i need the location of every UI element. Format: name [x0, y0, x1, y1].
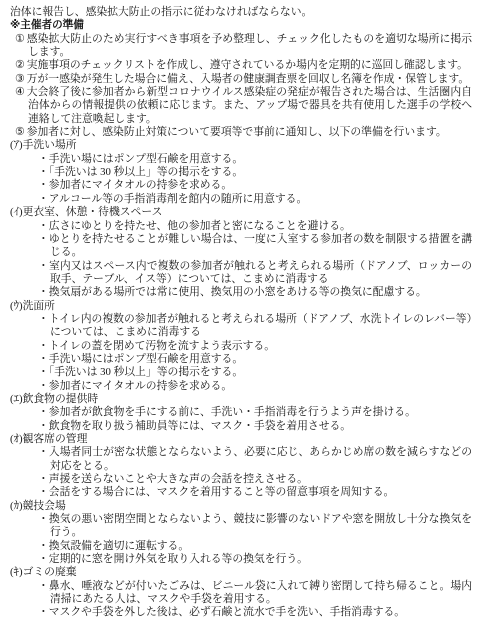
bullet-item: ・定期的に窓を開け外気を取り入れる等の換気を行う。: [10, 553, 472, 566]
bullet-item: ・トイレの蓋を閉めて汚物を流すよう表示する。: [10, 340, 472, 353]
bullet-item: ・飲食物を取り扱う補助員等には、マスク・手袋を着用させる。: [10, 420, 472, 433]
section-title-food-service: (ｴ)飲食物の提供時: [10, 393, 472, 406]
item-number: ④: [15, 86, 25, 98]
bullet-item: ・室内又はスペース内で複数の参加者が触れると考えられる場所（ドアノブ、ロッカーの…: [10, 260, 472, 287]
bullet-item: ・広さにゆとりを持たせ、他の参加者と密になることを避ける。: [10, 220, 472, 233]
bullet-item: ・声援を送らないことや大きな声の会話を控えさせる。: [10, 473, 472, 486]
item-number: ⑤: [15, 126, 25, 138]
bullet-glyph: ・: [38, 540, 49, 552]
bullet-glyph: ・: [38, 340, 49, 352]
bullet-text: 換気扇がある場所では常に使用、換気用の小窓をあける等の換気に配慮する。: [49, 286, 427, 298]
bullet-item: ・参加者にマイタオルの持参を求める。: [10, 179, 472, 192]
bullet-glyph: ・: [38, 513, 49, 525]
bullet-item: ・参加者が飲食物を手にする前に、手洗い・手指消毒を行うよう声を掛ける。: [10, 406, 472, 419]
bullet-text: マスクや手袋を外した後は、必ず石鹸と流水で手を洗い、手指消毒する。: [49, 606, 405, 618]
item-number: ②: [15, 59, 25, 71]
bullet-glyph: ・: [38, 446, 49, 458]
document-page: 治体に報告し、感染拡大防止の指示に従わなければならない。 ※主催者の準備 ①感染…: [0, 0, 480, 627]
section-title-garbage-disposal: (ｷ)ゴミの廃棄: [10, 566, 472, 579]
bullet-text: 手洗い場にはポンプ型石鹸を用意する。: [49, 153, 243, 165]
numbered-item-2: ②実施事項のチェックリストを作成し、遵守されているか場内を定期的に巡回し確認しま…: [10, 59, 472, 72]
bullet-glyph: ・: [38, 380, 49, 392]
section-title-competition-venue: (ｶ)競技会場: [10, 500, 472, 513]
bullet-item: ・入場者同士が密な状態とならないよう、必要に応じ、あらかじめ席の数を減らすなどの…: [10, 446, 472, 473]
bullet-item: ・鼻水、唾液などが付いたごみは、ビニール袋に入れて縛り密閉して持ち帰ること。場内…: [10, 580, 472, 607]
bullet-text: 室内又はスペース内で複数の参加者が触れると考えられる場所（ドアノブ、ロッカーの取…: [49, 260, 472, 285]
bullet-glyph: ・: [38, 233, 49, 245]
bullet-glyph: ・: [38, 166, 49, 178]
intro-line: 治体に報告し、感染拡大防止の指示に従わなければならない。: [10, 6, 472, 19]
bullet-item: ・手洗い場にはポンプ型石鹸を用意する。: [10, 153, 472, 166]
bullet-text: 参加者が飲食物を手にする前に、手洗い・手指消毒を行うよう声を掛ける。: [49, 406, 416, 418]
bullet-glyph: ・: [38, 193, 49, 205]
item-text: 大会終了後に参加者から新型コロナウイルス感染症の発症が報告された場合は、生活圏内…: [27, 86, 472, 125]
bullet-text: 声援を送らないことや大きな声の会話を控えさせる。: [49, 473, 308, 485]
bullet-glyph: ・: [38, 406, 49, 418]
section-label: (ｲ): [10, 206, 23, 218]
numbered-item-4: ④大会終了後に参加者から新型コロナウイルス感染症の発症が報告された場合は、生活圏…: [10, 86, 472, 126]
section-title-text: 競技会場: [23, 500, 66, 512]
item-number: ①: [15, 33, 25, 45]
bullet-item: ・アルコール等の手指消毒剤を館内の随所に用意する。: [10, 193, 472, 206]
bullet-glyph: ・: [38, 553, 49, 565]
bullet-text: ゆとりを持たせることが難しい場合は、一度に入室する参加者の数を制限する措置を講じ…: [49, 233, 472, 258]
numbered-item-5: ⑤参加者に対し、感染防止対策について要項等で事前に通知し、以下の準備を行います。: [10, 126, 472, 139]
bullet-text: 定期的に窓を開け外気を取り入れる等の換気を行う。: [49, 553, 308, 565]
item-text: 実施事項のチェックリストを作成し、遵守されているか場内を定期的に巡回し確認します…: [27, 59, 468, 71]
section-title-text: 飲食物の提供時: [23, 393, 99, 405]
bullet-item: ・参加者にマイタオルの持参を求める。: [10, 380, 472, 393]
section-title-washroom: (ｳ)洗面所: [10, 300, 472, 313]
bullet-text: 「手洗いは 30 秒以上」等の掲示をする。: [49, 166, 243, 178]
bullet-glyph: ・: [38, 153, 49, 165]
section-label: (ｱ): [10, 139, 23, 151]
bullet-text: 飲食物を取り扱う補助員等には、マスク・手袋を着用させる。: [49, 420, 351, 432]
section-title-spectator-seats: (ｵ)観客席の管理: [10, 433, 472, 446]
section-title-changing-room: (ｲ)更衣室、休憩・待機スペース: [10, 206, 472, 219]
bullet-text: 手洗い場にはポンプ型石鹸を用意する。: [49, 353, 243, 365]
section-title-text: 更衣室、休憩・待機スペース: [23, 206, 163, 218]
section-title-text: 手洗い場所: [23, 139, 77, 151]
bullet-glyph: ・: [38, 260, 49, 272]
bullet-item: ・手洗い場にはポンプ型石鹸を用意する。: [10, 353, 472, 366]
section-title-text: 洗面所: [23, 300, 55, 312]
item-text: 感染拡大防止のため実行すべき事項を予め整理し、チェック化したものを適切な場所に掲…: [27, 33, 472, 58]
bullet-text: トイレ内の複数の参加者が触れると考えられる場所（ドアノブ、水洗トイレのレバー等）…: [49, 313, 472, 338]
item-text: 参加者に対し、感染防止対策について要項等で事前に通知し、以下の準備を行います。: [27, 126, 447, 138]
section-label: (ｵ): [10, 433, 23, 445]
bullet-item: ・トイレ内の複数の参加者が触れると考えられる場所（ドアノブ、水洗トイレのレバー等…: [10, 313, 472, 340]
section-title-handwashing: (ｱ)手洗い場所: [10, 139, 472, 152]
bullet-item: ・会話をする場合には、マスクを着用すること等の留意事項を周知する。: [10, 486, 472, 499]
bullet-item: ・換気設備を適切に運転する。: [10, 540, 472, 553]
section-label: (ｳ): [10, 300, 23, 312]
bullet-text: 会話をする場合には、マスクを着用すること等の留意事項を周知する。: [49, 486, 395, 498]
bullet-item: ・ゆとりを持たせることが難しい場合は、一度に入室する参加者の数を制限する措置を講…: [10, 233, 472, 260]
bullet-item: ・「手洗いは 30 秒以上」等の掲示をする。: [10, 366, 472, 379]
bullet-glyph: ・: [38, 473, 49, 485]
bullet-glyph: ・: [38, 366, 49, 378]
bullet-text: 換気の悪い密閉空間とならないよう、競技に影響のないドアや窓を開放し十分な換気を行…: [49, 513, 472, 538]
bullet-text: トイレの蓋を閉めて汚物を流すよう表示する。: [49, 340, 275, 352]
bullet-glyph: ・: [38, 286, 49, 298]
section-label: (ｷ): [10, 566, 23, 578]
bullet-item: ・換気扇がある場所では常に使用、換気用の小窓をあける等の換気に配慮する。: [10, 286, 472, 299]
bullet-glyph: ・: [38, 606, 49, 618]
bullet-text: 鼻水、唾液などが付いたごみは、ビニール袋に入れて縛り密閉して持ち帰ること。場内清…: [49, 580, 472, 605]
section-label: (ｴ): [10, 393, 23, 405]
bullet-text: 入場者同士が密な状態とならないよう、必要に応じ、あらかじめ席の数を減らすなどの対…: [49, 446, 472, 471]
bullet-glyph: ・: [38, 353, 49, 365]
numbered-item-3: ③万が一感染が発生した場合に備え、入場者の健康調査票を回収し名簿を作成・保管しま…: [10, 73, 472, 86]
item-text: 万が一感染が発生した場合に備え、入場者の健康調査票を回収し名簿を作成・保管します…: [27, 73, 469, 85]
bullet-glyph: ・: [38, 580, 49, 592]
organizer-preparation-heading: ※主催者の準備: [10, 19, 472, 32]
bullet-item: ・マスクや手袋を外した後は、必ず石鹸と流水で手を洗い、手指消毒する。: [10, 606, 472, 619]
bullet-text: 換気設備を適切に運転する。: [49, 540, 189, 552]
bullet-text: 参加者にマイタオルの持参を求める。: [49, 179, 232, 191]
section-label: (ｶ): [10, 500, 23, 512]
item-number: ③: [15, 73, 25, 85]
bullet-glyph: ・: [38, 420, 49, 432]
bullet-glyph: ・: [38, 313, 49, 325]
bullet-text: 広さにゆとりを持たせ、他の参加者と密になることを避ける。: [49, 220, 351, 232]
section-title-text: ゴミの廃棄: [23, 566, 77, 578]
section-title-text: 観客席の管理: [23, 433, 88, 445]
bullet-item: ・「手洗いは 30 秒以上」等の掲示をする。: [10, 166, 472, 179]
bullet-text: アルコール等の手指消毒剤を館内の随所に用意する。: [49, 193, 307, 205]
bullet-item: ・換気の悪い密閉空間とならないよう、競技に影響のないドアや窓を開放し十分な換気を…: [10, 513, 472, 540]
bullet-glyph: ・: [38, 179, 49, 191]
numbered-item-1: ①感染拡大防止のため実行すべき事項を予め整理し、チェック化したものを適切な場所に…: [10, 33, 472, 60]
bullet-text: 「手洗いは 30 秒以上」等の掲示をする。: [49, 366, 243, 378]
bullet-glyph: ・: [38, 220, 49, 232]
bullet-text: 参加者にマイタオルの持参を求める。: [49, 380, 232, 392]
bullet-glyph: ・: [38, 486, 49, 498]
